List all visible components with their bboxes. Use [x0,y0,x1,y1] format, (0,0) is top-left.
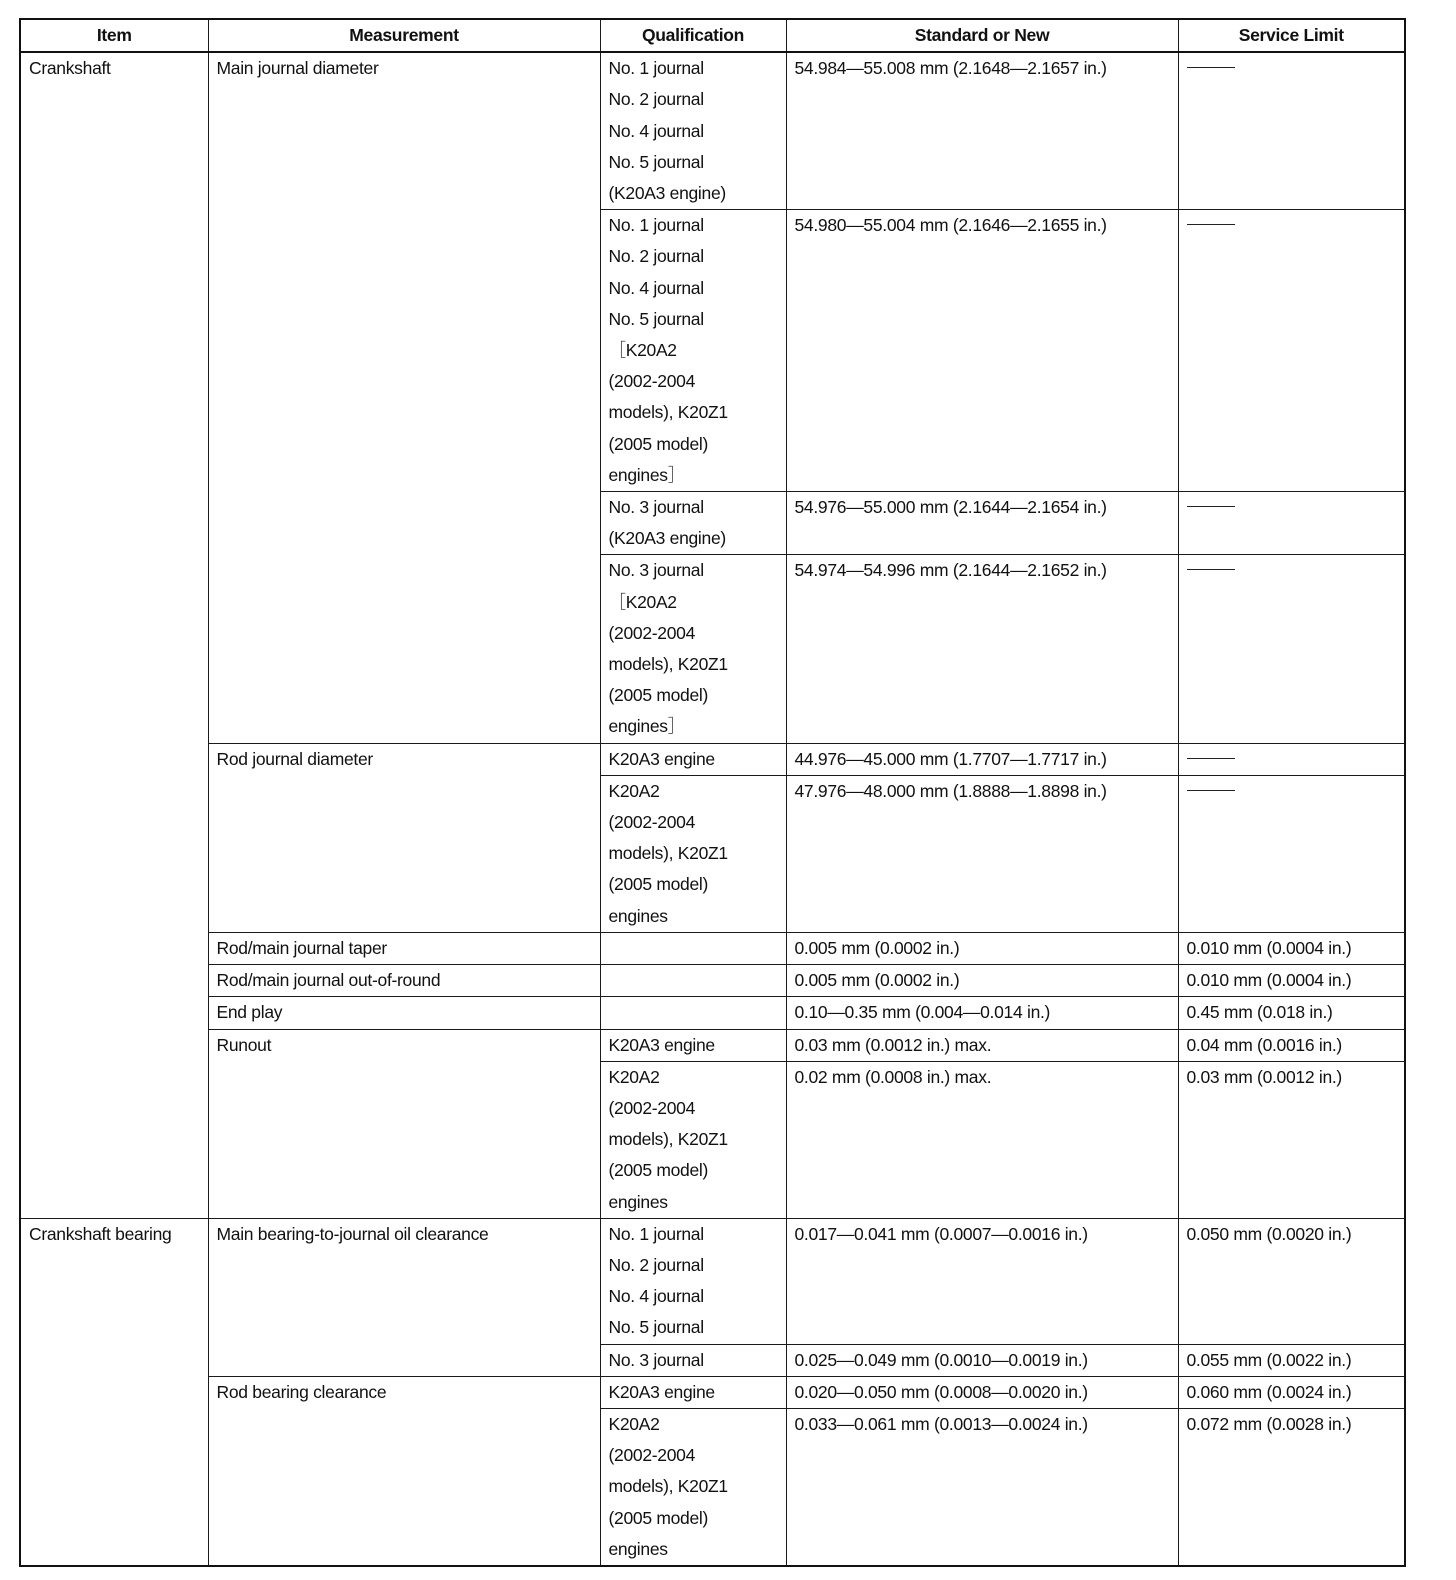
service-limit-cell: 0.010 mm (0.0004 in.) [1178,965,1405,997]
qualification-line: No. 1 journal [609,210,778,241]
qualification-line: engines］ [609,460,778,491]
qualification-line: K20A3 engine [609,744,778,775]
measurement-cell: Rod/main journal taper [208,932,600,964]
standard-cell: 0.02 mm (0.0008 in.) max. [786,1061,1178,1218]
header-item: Item [20,19,208,52]
table-row: Rod/main journal taper 0.005 mm (0.0002 … [20,932,1405,964]
standard-cell: 0.025—0.049 mm (0.0010—0.0019 in.) [786,1344,1178,1376]
qualification-line: models), K20Z1 [609,1124,778,1155]
qualification-cell: No. 1 journalNo. 2 journalNo. 4 journalN… [600,1218,786,1344]
qualification-cell: No. 1 journalNo. 2 journalNo. 4 journalN… [600,52,786,210]
table-row: Rod journal diameterK20A3 engine44.976—4… [20,743,1405,775]
standard-cell: 0.005 mm (0.0002 in.) [786,932,1178,964]
qualification-line: No. 2 journal [609,1250,778,1281]
qualification-cell [600,932,786,964]
qualification-line: K20A2 [609,776,778,807]
qualification-cell: No. 3 journal［K20A2(2002-2004models), K2… [600,555,786,743]
service-limit-cell: 0.03 mm (0.0012 in.) [1178,1061,1405,1218]
service-limit-cell: 0.072 mm (0.0028 in.) [1178,1408,1405,1566]
qualification-line: No. 4 journal [609,1281,778,1312]
qualification-line: engines [609,1534,778,1565]
standard-cell: 0.020—0.050 mm (0.0008—0.0020 in.) [786,1376,1178,1408]
qualification-cell: K20A3 engine [600,1376,786,1408]
service-limit-cell [1178,555,1405,743]
table-row: Rod bearing clearanceK20A3 engine0.020—0… [20,1376,1405,1408]
service-limit-cell: 0.010 mm (0.0004 in.) [1178,932,1405,964]
qualification-line: No. 2 journal [609,241,778,272]
service-limit-cell [1178,743,1405,775]
header-service-limit: Service Limit [1178,19,1405,52]
qualification-line: No. 5 journal [609,1312,778,1343]
qualification-line: (2002-2004 [609,807,778,838]
standard-cell: 0.005 mm (0.0002 in.) [786,965,1178,997]
header-standard: Standard or New [786,19,1178,52]
qualification-line: No. 5 journal [609,304,778,335]
qualification-line: No. 3 journal [609,555,778,586]
service-limit-cell [1178,210,1405,492]
qualification-line: ［K20A2 [609,587,778,618]
qualification-line: (2005 model) [609,869,778,900]
qualification-line: (2005 model) [609,1503,778,1534]
standard-cell: 0.017—0.041 mm (0.0007—0.0016 in.) [786,1218,1178,1344]
qualification-line: No. 5 journal [609,147,778,178]
table-row: CrankshaftMain journal diameterNo. 1 jou… [20,52,1405,210]
qualification-line: ［K20A2 [609,335,778,366]
table-body: CrankshaftMain journal diameterNo. 1 jou… [20,52,1405,1566]
measurement-cell: Rod bearing clearance [208,1376,600,1566]
qualification-line: No. 3 journal [609,492,778,523]
qualification-line: models), K20Z1 [609,838,778,869]
service-limit-cell: 0.04 mm (0.0016 in.) [1178,1029,1405,1061]
service-limit-cell: 0.055 mm (0.0022 in.) [1178,1344,1405,1376]
qualification-line: (2005 model) [609,680,778,711]
service-limit-cell: 0.060 mm (0.0024 in.) [1178,1376,1405,1408]
qualification-cell: K20A3 engine [600,743,786,775]
qualification-cell: K20A2(2002-2004models), K20Z1(2005 model… [600,775,786,932]
no-limit-dash [1187,506,1235,507]
item-cell: Crankshaft bearing [20,1218,208,1566]
measurement-cell: Rod/main journal out-of-round [208,965,600,997]
qualification-line: K20A2 [609,1062,778,1093]
qualification-line: K20A2 [609,1409,778,1440]
table-row: Crankshaft bearingMain bearing-to-journa… [20,1218,1405,1344]
qualification-cell: K20A2(2002-2004models), K20Z1(2005 model… [600,1061,786,1218]
header-qualification: Qualification [600,19,786,52]
crankshaft-spec-table: Item Measurement Qualification Standard … [19,18,1406,1567]
service-limit-cell [1178,492,1405,555]
qualification-line: No. 4 journal [609,273,778,304]
service-limit-cell: 0.050 mm (0.0020 in.) [1178,1218,1405,1344]
qualification-line: No. 1 journal [609,53,778,84]
standard-cell: 0.10—0.35 mm (0.004—0.014 in.) [786,997,1178,1029]
table-row: End play 0.10—0.35 mm (0.004—0.014 in.)0… [20,997,1405,1029]
no-limit-dash [1187,790,1235,791]
measurement-cell: Runout [208,1029,600,1218]
table-row: Rod/main journal out-of-round 0.005 mm (… [20,965,1405,997]
standard-cell: 54.976—55.000 mm (2.1644—2.1654 in.) [786,492,1178,555]
measurement-cell: End play [208,997,600,1029]
header-row: Item Measurement Qualification Standard … [20,19,1405,52]
qualification-line: No. 1 journal [609,1219,778,1250]
qualification-line: models), K20Z1 [609,397,778,428]
no-limit-dash [1187,569,1235,570]
standard-cell: 44.976—45.000 mm (1.7707—1.7717 in.) [786,743,1178,775]
qualification-cell [600,965,786,997]
standard-cell: 0.03 mm (0.0012 in.) max. [786,1029,1178,1061]
service-limit-cell [1178,775,1405,932]
measurement-cell: Main bearing-to-journal oil clearance [208,1218,600,1376]
qualification-line: models), K20Z1 [609,1471,778,1502]
qualification-line: No. 2 journal [609,84,778,115]
no-limit-dash [1187,67,1235,68]
qualification-line: No. 4 journal [609,116,778,147]
header-measurement: Measurement [208,19,600,52]
no-limit-dash [1187,224,1235,225]
qualification-line: (2002-2004 [609,1093,778,1124]
qualification-line: engines [609,1187,778,1218]
qualification-line: (2005 model) [609,1155,778,1186]
qualification-line: (2002-2004 [609,618,778,649]
qualification-line: engines [609,901,778,932]
standard-cell: 0.033—0.061 mm (0.0013—0.0024 in.) [786,1408,1178,1566]
no-limit-dash [1187,758,1235,759]
table-row: RunoutK20A3 engine0.03 mm (0.0012 in.) m… [20,1029,1405,1061]
qualification-line: K20A3 engine [609,1030,778,1061]
qualification-line: No. 3 journal [609,1345,778,1376]
qualification-line: (K20A3 engine) [609,178,778,209]
standard-cell: 54.974—54.996 mm (2.1644—2.1652 in.) [786,555,1178,743]
qualification-line: (K20A3 engine) [609,523,778,554]
measurement-cell: Rod journal diameter [208,743,600,932]
service-limit-cell [1178,52,1405,210]
standard-cell: 47.976—48.000 mm (1.8888—1.8898 in.) [786,775,1178,932]
qualification-cell: K20A2(2002-2004models), K20Z1(2005 model… [600,1408,786,1566]
qualification-cell: K20A3 engine [600,1029,786,1061]
qualification-line: (2002-2004 [609,1440,778,1471]
qualification-line: K20A3 engine [609,1377,778,1408]
qualification-cell: No. 1 journalNo. 2 journalNo. 4 journalN… [600,210,786,492]
qualification-line: (2002-2004 [609,366,778,397]
qualification-cell: No. 3 journal(K20A3 engine) [600,492,786,555]
qualification-line: (2005 model) [609,429,778,460]
qualification-cell: No. 3 journal [600,1344,786,1376]
qualification-line: engines］ [609,711,778,742]
standard-cell: 54.984—55.008 mm (2.1648—2.1657 in.) [786,52,1178,210]
measurement-cell: Main journal diameter [208,52,600,743]
standard-cell: 54.980—55.004 mm (2.1646—2.1655 in.) [786,210,1178,492]
service-limit-cell: 0.45 mm (0.018 in.) [1178,997,1405,1029]
qualification-cell [600,997,786,1029]
qualification-line: models), K20Z1 [609,649,778,680]
item-cell: Crankshaft [20,52,208,1218]
